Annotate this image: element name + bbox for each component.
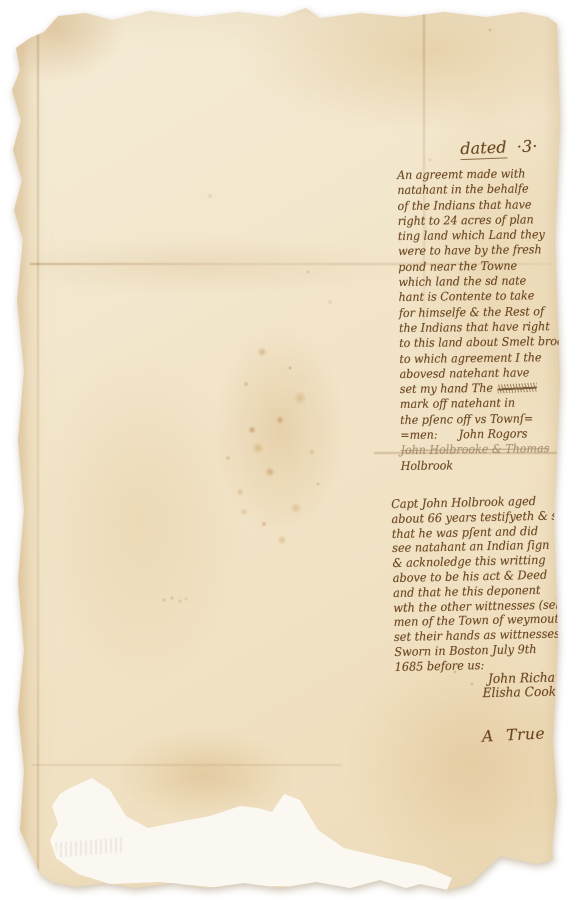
date-numbers: ·3· ·1 ·1652 [506,133,580,157]
date-word: dated [460,137,507,160]
deckled-edge-line [37,28,39,876]
pencil-marks [55,837,122,858]
agreement-block: An agreemt made with natahant in the beh… [397,166,572,474]
line-text: set my hand The [400,381,493,396]
attestation-note: A True [482,724,546,745]
witness-signature: Elisha Cooke [482,685,580,702]
faint-smudge [158,594,190,607]
fold-crease-horizontal-lower [32,764,342,766]
testimony-block: Capt John Holbrook aged about 66 years t… [391,493,580,704]
photograph-background: dated ·3· ·1 ·1652 An agreemt made with … [0,0,580,902]
ink-scribble [497,383,537,394]
manuscript-line: Holbrook [401,457,572,474]
manuscript-line: ting land which Land they [398,227,569,244]
manuscript-line-crossed-out: John Holbrooke & Thomas [400,441,571,458]
manuscript-line: to this land about Smelt brook [399,334,570,351]
manuscript-paper: dated ·3· ·1 ·1652 An agreemt made with … [0,0,580,902]
